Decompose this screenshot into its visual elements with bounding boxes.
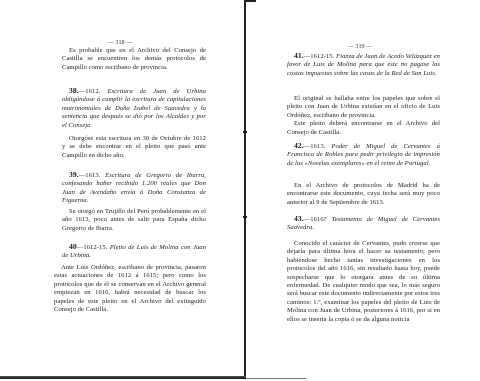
entry-number: 38. (69, 86, 79, 95)
entry-heading: 41.—1612-15. Fianza de Juan de Acedo Vel… (287, 52, 440, 78)
entry-number: 39. (69, 170, 79, 179)
entry-39-note: Se otorgó en Trujillo del Perú probablem… (62, 208, 206, 233)
entry-heading: 38.—1612. Escritura de Juan de Urbina ob… (62, 87, 206, 130)
entry-40: 40—1612-15. Pleito de Luis de Molina con… (62, 243, 206, 261)
entry-note-2: Este pleito deberá encontrarse en el Arc… (287, 120, 440, 137)
entry-note: Otorgóse esta escritura en 30 de Octubre… (62, 135, 206, 160)
entry-number: 41. (294, 51, 304, 60)
entry-43-note: Conocido el carácter de Cervantes, pudo … (287, 240, 440, 324)
entry-38-note: Otorgóse esta escritura en 30 de Octubre… (62, 135, 206, 160)
page-number: — 318 — (40, 39, 200, 46)
entry-date: —1612-15. (304, 53, 335, 60)
entry-38: 38.—1612. Escritura de Juan de Urbina ob… (62, 87, 206, 130)
entry-date: —1613. (79, 172, 101, 179)
entry-number: 42. (294, 141, 304, 150)
entry-43: 43.—1616? Testamento de Miguel de Cervan… (287, 215, 440, 233)
entry-note: El original se hallaba entre los papeles… (287, 95, 440, 120)
page-number: — 319 — (285, 43, 435, 50)
entry-date: —1613. (304, 143, 326, 150)
right-page: — 319 — 41.—1612-15. Fianza de Juan de A… (245, 0, 480, 381)
entry-heading: 42.—1613. Poder de Miguel de Cervantes á… (287, 142, 440, 168)
entry-42: 42.—1613. Poder de Miguel de Cervantes á… (287, 142, 440, 168)
entry-41-note: El original se hallaba entre los papeles… (287, 95, 440, 137)
entry-42-note: En el Archivo de protocolos de Madrid ha… (287, 182, 440, 207)
entry-39: 39.—1613. Escritura de Gregorio de Ibarr… (62, 171, 206, 206)
left-page-body: Es probable que en el Archivo del Consej… (62, 47, 206, 72)
entry-number: 40 (69, 242, 77, 251)
intro-paragraph: Es probable que en el Archivo del Consej… (62, 47, 206, 72)
entry-heading: 43.—1616? Testamento de Miguel de Cervan… (287, 215, 440, 233)
entry-note: Se otorgó en Trujillo del Perú probablem… (62, 208, 206, 233)
left-page: — 318 — Es probable que en el Archivo de… (0, 0, 245, 381)
entry-40-note: Ante Luis Ordóñez, escribano de provinci… (54, 264, 206, 314)
entry-note: En el Archivo de protocolos de Madrid ha… (287, 182, 440, 207)
entry-heading: 39.—1613. Escritura de Gregorio de Ibarr… (62, 171, 206, 206)
entry-date: —1616? (304, 216, 327, 223)
entry-number: 43. (294, 214, 304, 223)
entry-note: Conocido el carácter de Cervantes, pudo … (287, 240, 440, 324)
entry-note: Ante Luis Ordóñez, escribano de provinci… (54, 264, 206, 314)
entry-41: 41.—1612-15. Fianza de Juan de Acedo Vel… (287, 52, 440, 78)
entry-date: —1612. (79, 88, 101, 95)
entry-date: —1612-15. (77, 244, 108, 251)
entry-heading: 40—1612-15. Pleito de Luis de Molina con… (62, 243, 206, 261)
